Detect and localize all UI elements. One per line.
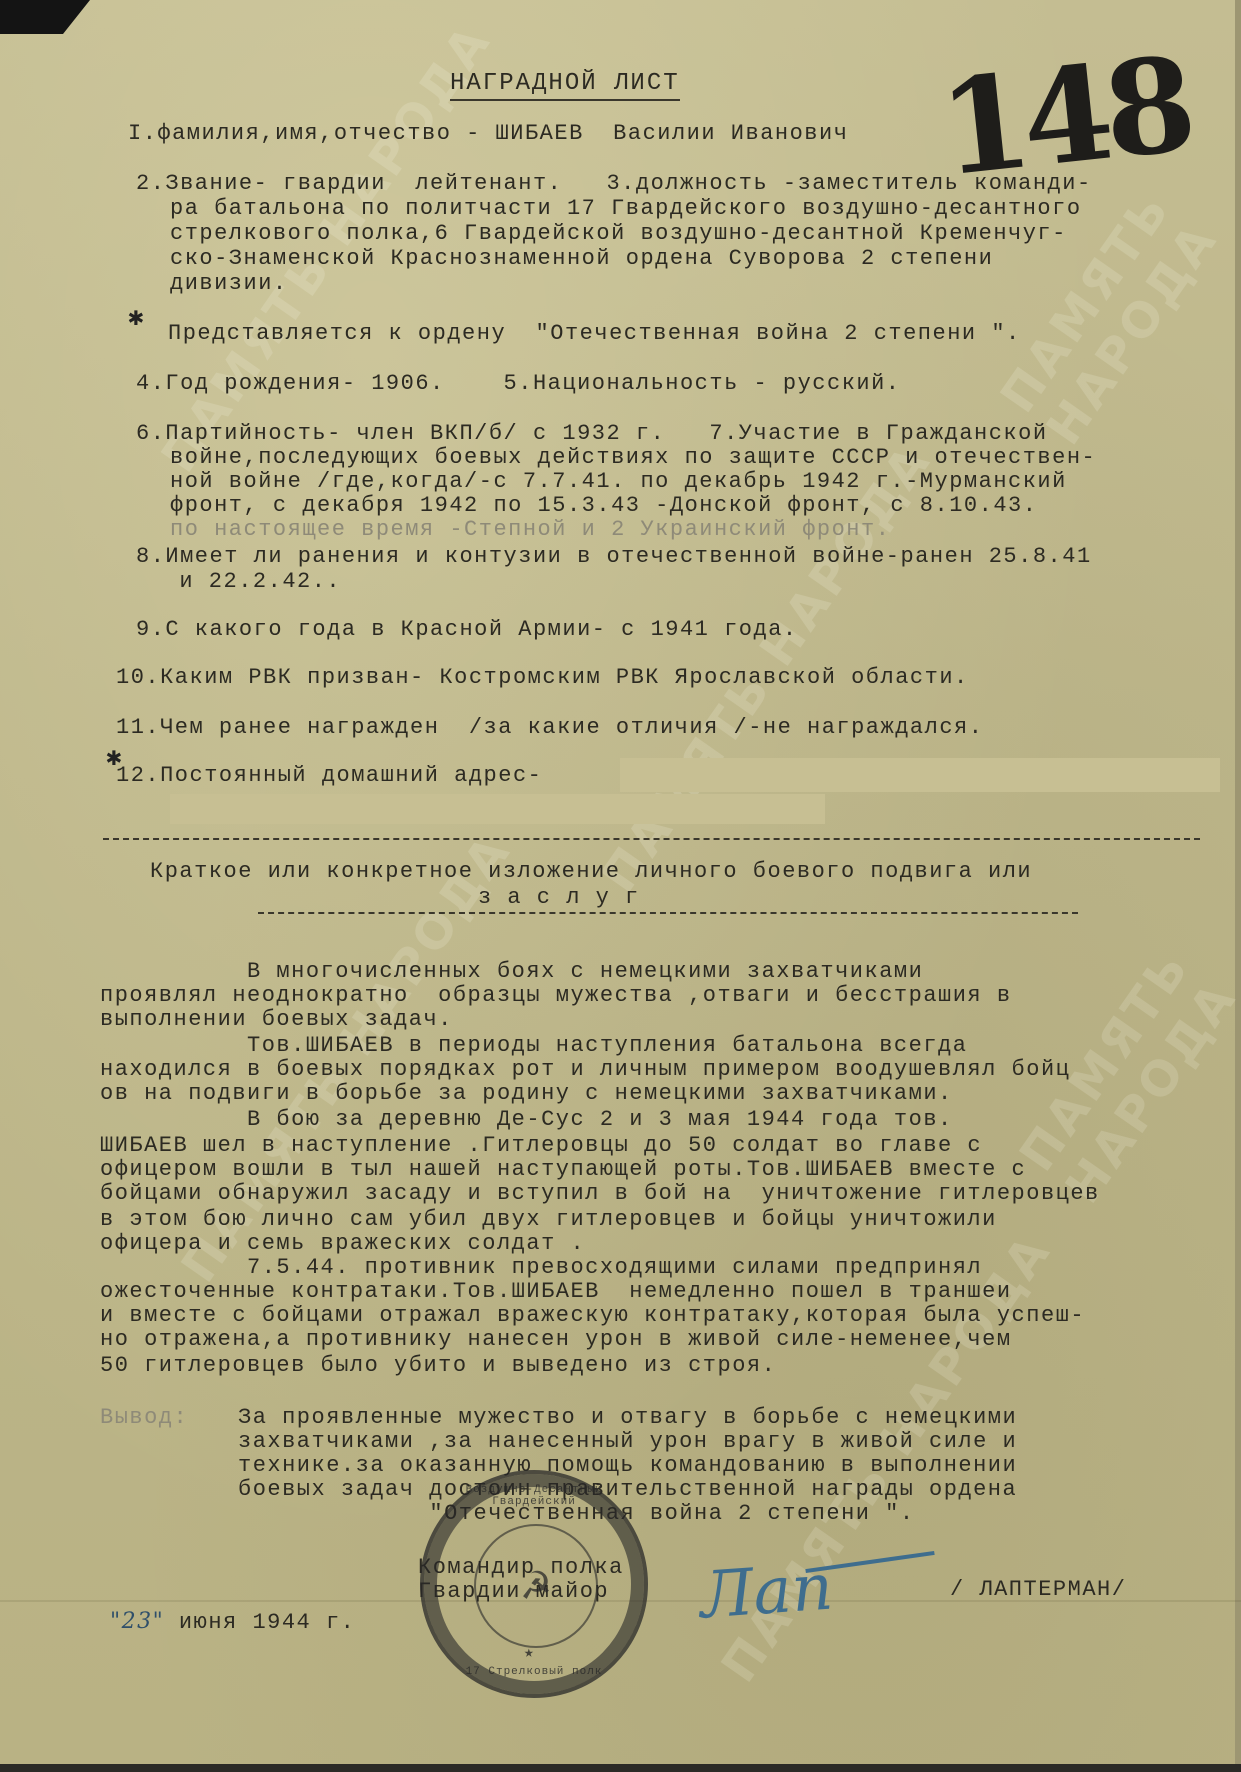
star-icon: ★: [524, 1642, 534, 1662]
conclusion-line: За проявленные мужество и отвагу в борьб…: [238, 1406, 1017, 1430]
handwritten-signature: Лап: [698, 1550, 836, 1633]
corner-tab: [0, 0, 90, 34]
section-heading-sub: з а с л у г: [478, 886, 640, 910]
nomination-line: Представляется к ордену "Отечественная в…: [168, 322, 1021, 346]
narrative-line: ов на подвиги в борьбе за родину с немец…: [100, 1082, 953, 1106]
heading-underline: [258, 912, 1078, 914]
field-participation-cont: фронт, с декабря 1942 по 15.3.43 -Донско…: [170, 494, 1037, 518]
field-home-address: 12.Постоянный домашний адрес-: [116, 764, 542, 788]
field-rank-position: 2.Звание- гвардии лейтенант. 3.должность…: [136, 172, 1092, 196]
stamp-top-text: Воздушно-Десантный Гвардейский: [424, 1484, 644, 1508]
field-army-since: 9.С какого года в Красной Армии- с 1941 …: [136, 618, 798, 642]
conclusion-line: захватчиками ,за нанесенный урон врагу в…: [238, 1430, 1017, 1454]
field-position-cont: стрелкового полка,6 Гвардейской воздушно…: [170, 222, 1067, 246]
regiment-stamp: Воздушно-Десантный Гвардейский ☭ ★ 17 Ст…: [420, 1470, 648, 1698]
redacted-address: [170, 794, 825, 824]
field-full-name: I.фамилия,имя,отчество - ШИБАЕВ Василии …: [128, 122, 848, 146]
narrative-line: ожесточенные контратаки.Тов.ШИБАЕВ немед…: [100, 1280, 1012, 1304]
paper-edge: [1235, 0, 1241, 1772]
stamp-bottom-text: 17 Стрелковый полк: [424, 1666, 644, 1678]
document-date: "23" июня 1944 г.: [110, 1610, 355, 1635]
date-month-year: июня 1944 г.: [164, 1610, 355, 1635]
narrative-line: выполнении боевых задач.: [100, 1008, 453, 1032]
narrative-line: офицером вошли в тыл нашей наступающей р…: [100, 1158, 1026, 1182]
scan-bottom-edge: [0, 1764, 1241, 1772]
star-mark-icon: ✱: [128, 302, 144, 333]
field-participation-cont: по настоящее время -Степной и 2 Украинск…: [170, 518, 890, 542]
field-wounds-cont: и 22.2.42..: [150, 570, 341, 594]
narrative-line: 7.5.44. противник превосходящими силами …: [100, 1256, 982, 1280]
narrative-line: находился в боевых порядках рот и личным…: [100, 1058, 1070, 1082]
narrative-line: 50 гитлеровцев было убито и выведено из …: [100, 1354, 776, 1378]
field-participation-cont: войне,последующих боевых действиях по за…: [170, 446, 1096, 470]
narrative-line: Тов.ШИБАЕВ в периоды наступления батальо…: [100, 1034, 967, 1058]
narrative-line: ШИБАЕВ шел в наступление .Гитлеровцы до …: [100, 1134, 982, 1158]
field-previous-awards: 11.Чем ранее награжден /за какие отличия…: [116, 716, 983, 740]
document-paper: ПАМЯТЬ НАРОДА ПАМЯТЬ НАРОДА ПАМЯТЬ НАРОД…: [0, 0, 1241, 1772]
field-recruitment-office: 10.Каким РВК призван- Костромским РВК Яр…: [116, 666, 969, 690]
separator-rule: [103, 838, 1200, 840]
narrative-line: в этом бою лично сам убил двух гитлеровц…: [100, 1208, 997, 1232]
field-birth-nationality: 4.Год рождения- 1906. 5.Национальность -…: [136, 372, 901, 396]
document-title: НАГРАДНОЙ ЛИСТ: [450, 70, 680, 101]
field-wounds: 8.Имеет ли ранения и контузии в отечеств…: [136, 545, 1092, 569]
section-heading: Краткое или конкретное изложение личного…: [150, 860, 1032, 884]
narrative-line: В бою за деревню Де-Сус 2 и 3 мая 1944 г…: [100, 1108, 953, 1132]
narrative-line: офицера и семь вражеских солдат .: [100, 1232, 585, 1256]
narrative-line: проявлял неоднократно образцы мужества ,…: [100, 984, 1012, 1008]
redacted-address: [620, 758, 1220, 792]
field-position-cont: ско-Знаменской Краснознаменной ордена Су…: [170, 247, 993, 271]
conclusion-line: технике.за оказанную помощь командованию…: [238, 1454, 1017, 1478]
date-day: "23": [110, 1609, 164, 1634]
field-position-cont: дивизии.: [170, 272, 288, 296]
conclusion-label: Вывод:: [100, 1406, 188, 1430]
narrative-line: В многочисленных боях с немецкими захват…: [100, 960, 923, 984]
narrative-line: но отражена,а противнику нанесен урон в …: [100, 1328, 1012, 1352]
signatory-name: / ЛАПТЕРМАН/: [950, 1578, 1126, 1602]
soviet-emblem-icon: ☭: [474, 1524, 598, 1648]
field-participation-cont: ной войне /где,когда/-с 7.7.41. по декаб…: [170, 470, 1067, 494]
field-position-cont: ра батальона по политчасти 17 Гвардейско…: [170, 197, 1082, 221]
narrative-line: бойцами обнаружил засаду и вступил в бой…: [100, 1182, 1100, 1206]
field-party-participation: 6.Партийность- член ВКП/б/ с 1932 г. 7.У…: [136, 422, 1048, 446]
narrative-line: и вместе с бойцами отражал вражескую кон…: [100, 1304, 1085, 1328]
